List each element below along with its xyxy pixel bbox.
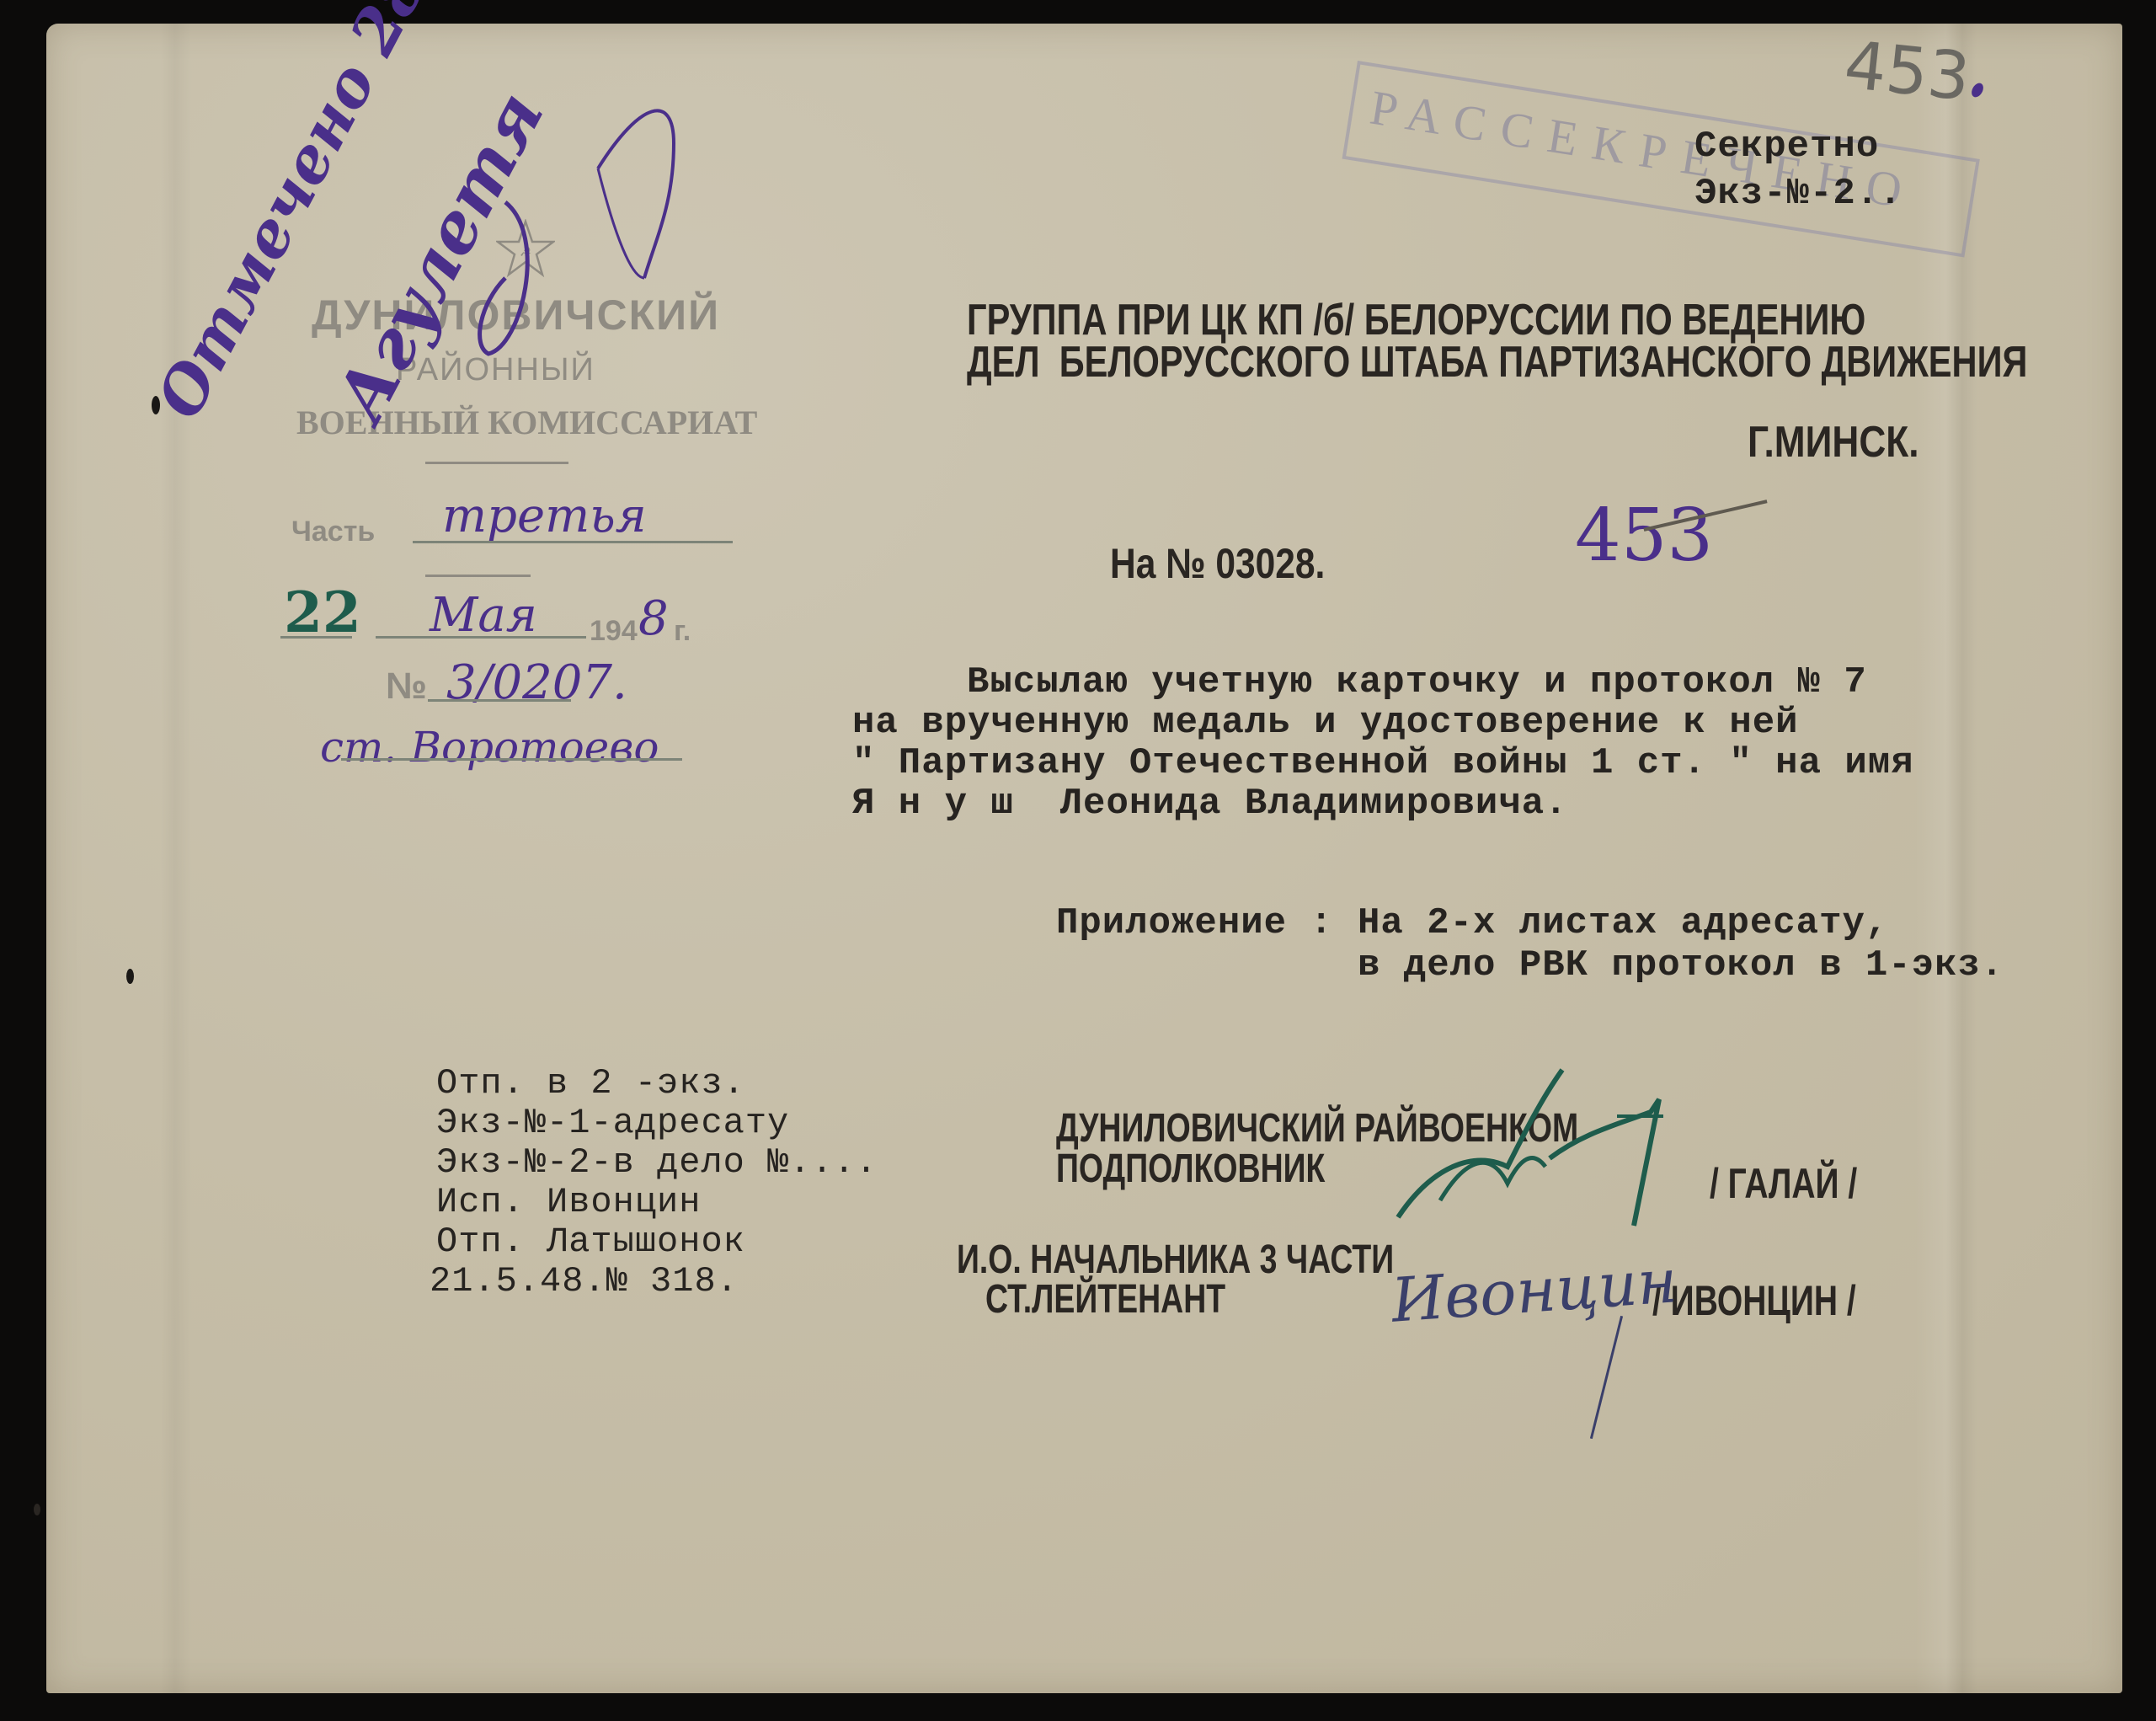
body-line-2: на врученную медаль и удостоверение к не… bbox=[852, 704, 1799, 741]
document-sheet bbox=[46, 24, 2122, 1693]
dispatch-line-6: 21.5.48.№ 318. bbox=[430, 1261, 739, 1301]
punch-mark bbox=[34, 1504, 40, 1515]
handwritten-reference: 453 bbox=[1575, 494, 1713, 578]
underline bbox=[341, 758, 682, 761]
signatory-1-signature bbox=[1381, 1066, 1769, 1238]
attachment-line-2: в дело РВК протокол в 1-экз. bbox=[1358, 947, 2004, 984]
reference-number: На № 03028. bbox=[1110, 539, 1325, 588]
dispatch-line-5: Отп. Латышонок bbox=[436, 1221, 745, 1262]
divider bbox=[425, 575, 531, 577]
copy-number: Экз-№-2.. bbox=[1694, 175, 1903, 212]
dispatch-line-3: Экз-№-2-в дело №.... bbox=[436, 1142, 878, 1183]
divider bbox=[425, 462, 568, 464]
signatory-2-title-line-2: СТ.ЛЕЙТЕНАНТ bbox=[985, 1276, 1225, 1323]
archive-page-number: 453 bbox=[1841, 27, 1973, 115]
signatory-1-title-line-2: ПОДПОЛКОВНИК bbox=[1056, 1146, 1325, 1192]
classification-label: Секретно bbox=[1694, 128, 1879, 165]
body-line-4: Я н у ш Леонида Владимировича. bbox=[852, 785, 1568, 822]
dispatch-line-2: Экз-№-1-адресату bbox=[436, 1103, 789, 1143]
dispatch-line-1: Отп. в 2 -экз. bbox=[436, 1063, 745, 1104]
part-value: третья bbox=[442, 489, 647, 543]
attachment-label: Приложение : bbox=[1056, 905, 1333, 942]
signatory-2-name: / ИВОНЦИН / bbox=[1652, 1276, 1856, 1325]
body-line-1: Высылаю учетную карточку и протокол № 7 bbox=[967, 664, 1867, 701]
addressee-city: Г.МИНСК. bbox=[1748, 417, 1919, 468]
punch-mark bbox=[152, 396, 160, 414]
dispatch-line-4: Исп. Ивонцин bbox=[436, 1182, 701, 1222]
part-label: Часть bbox=[291, 516, 375, 548]
date-year-suffix: 8 bbox=[638, 591, 669, 646]
underline bbox=[413, 541, 733, 543]
body-line-3: " Партизану Отечественной войны 1 ст. " … bbox=[852, 745, 1914, 782]
underline bbox=[428, 699, 571, 702]
date-year-unit: г. bbox=[674, 615, 691, 648]
number-label: № bbox=[386, 665, 427, 708]
date-year-prefix: 194 bbox=[590, 615, 638, 648]
place-value: ст. Воротоево bbox=[320, 723, 659, 772]
underline bbox=[376, 636, 586, 639]
signature-flourish bbox=[472, 67, 691, 375]
punch-mark bbox=[126, 969, 134, 984]
date-month: Мая bbox=[430, 588, 537, 643]
number-value: 3/0207. bbox=[446, 655, 627, 710]
attachment-line-1: На 2-х листах адресату, bbox=[1358, 905, 1888, 942]
addressee-line-2: ДЕЛ БЕЛОРУССКОГО ШТАБА ПАРТИЗАНСКОГО ДВИ… bbox=[967, 337, 2027, 387]
underline bbox=[280, 636, 352, 639]
